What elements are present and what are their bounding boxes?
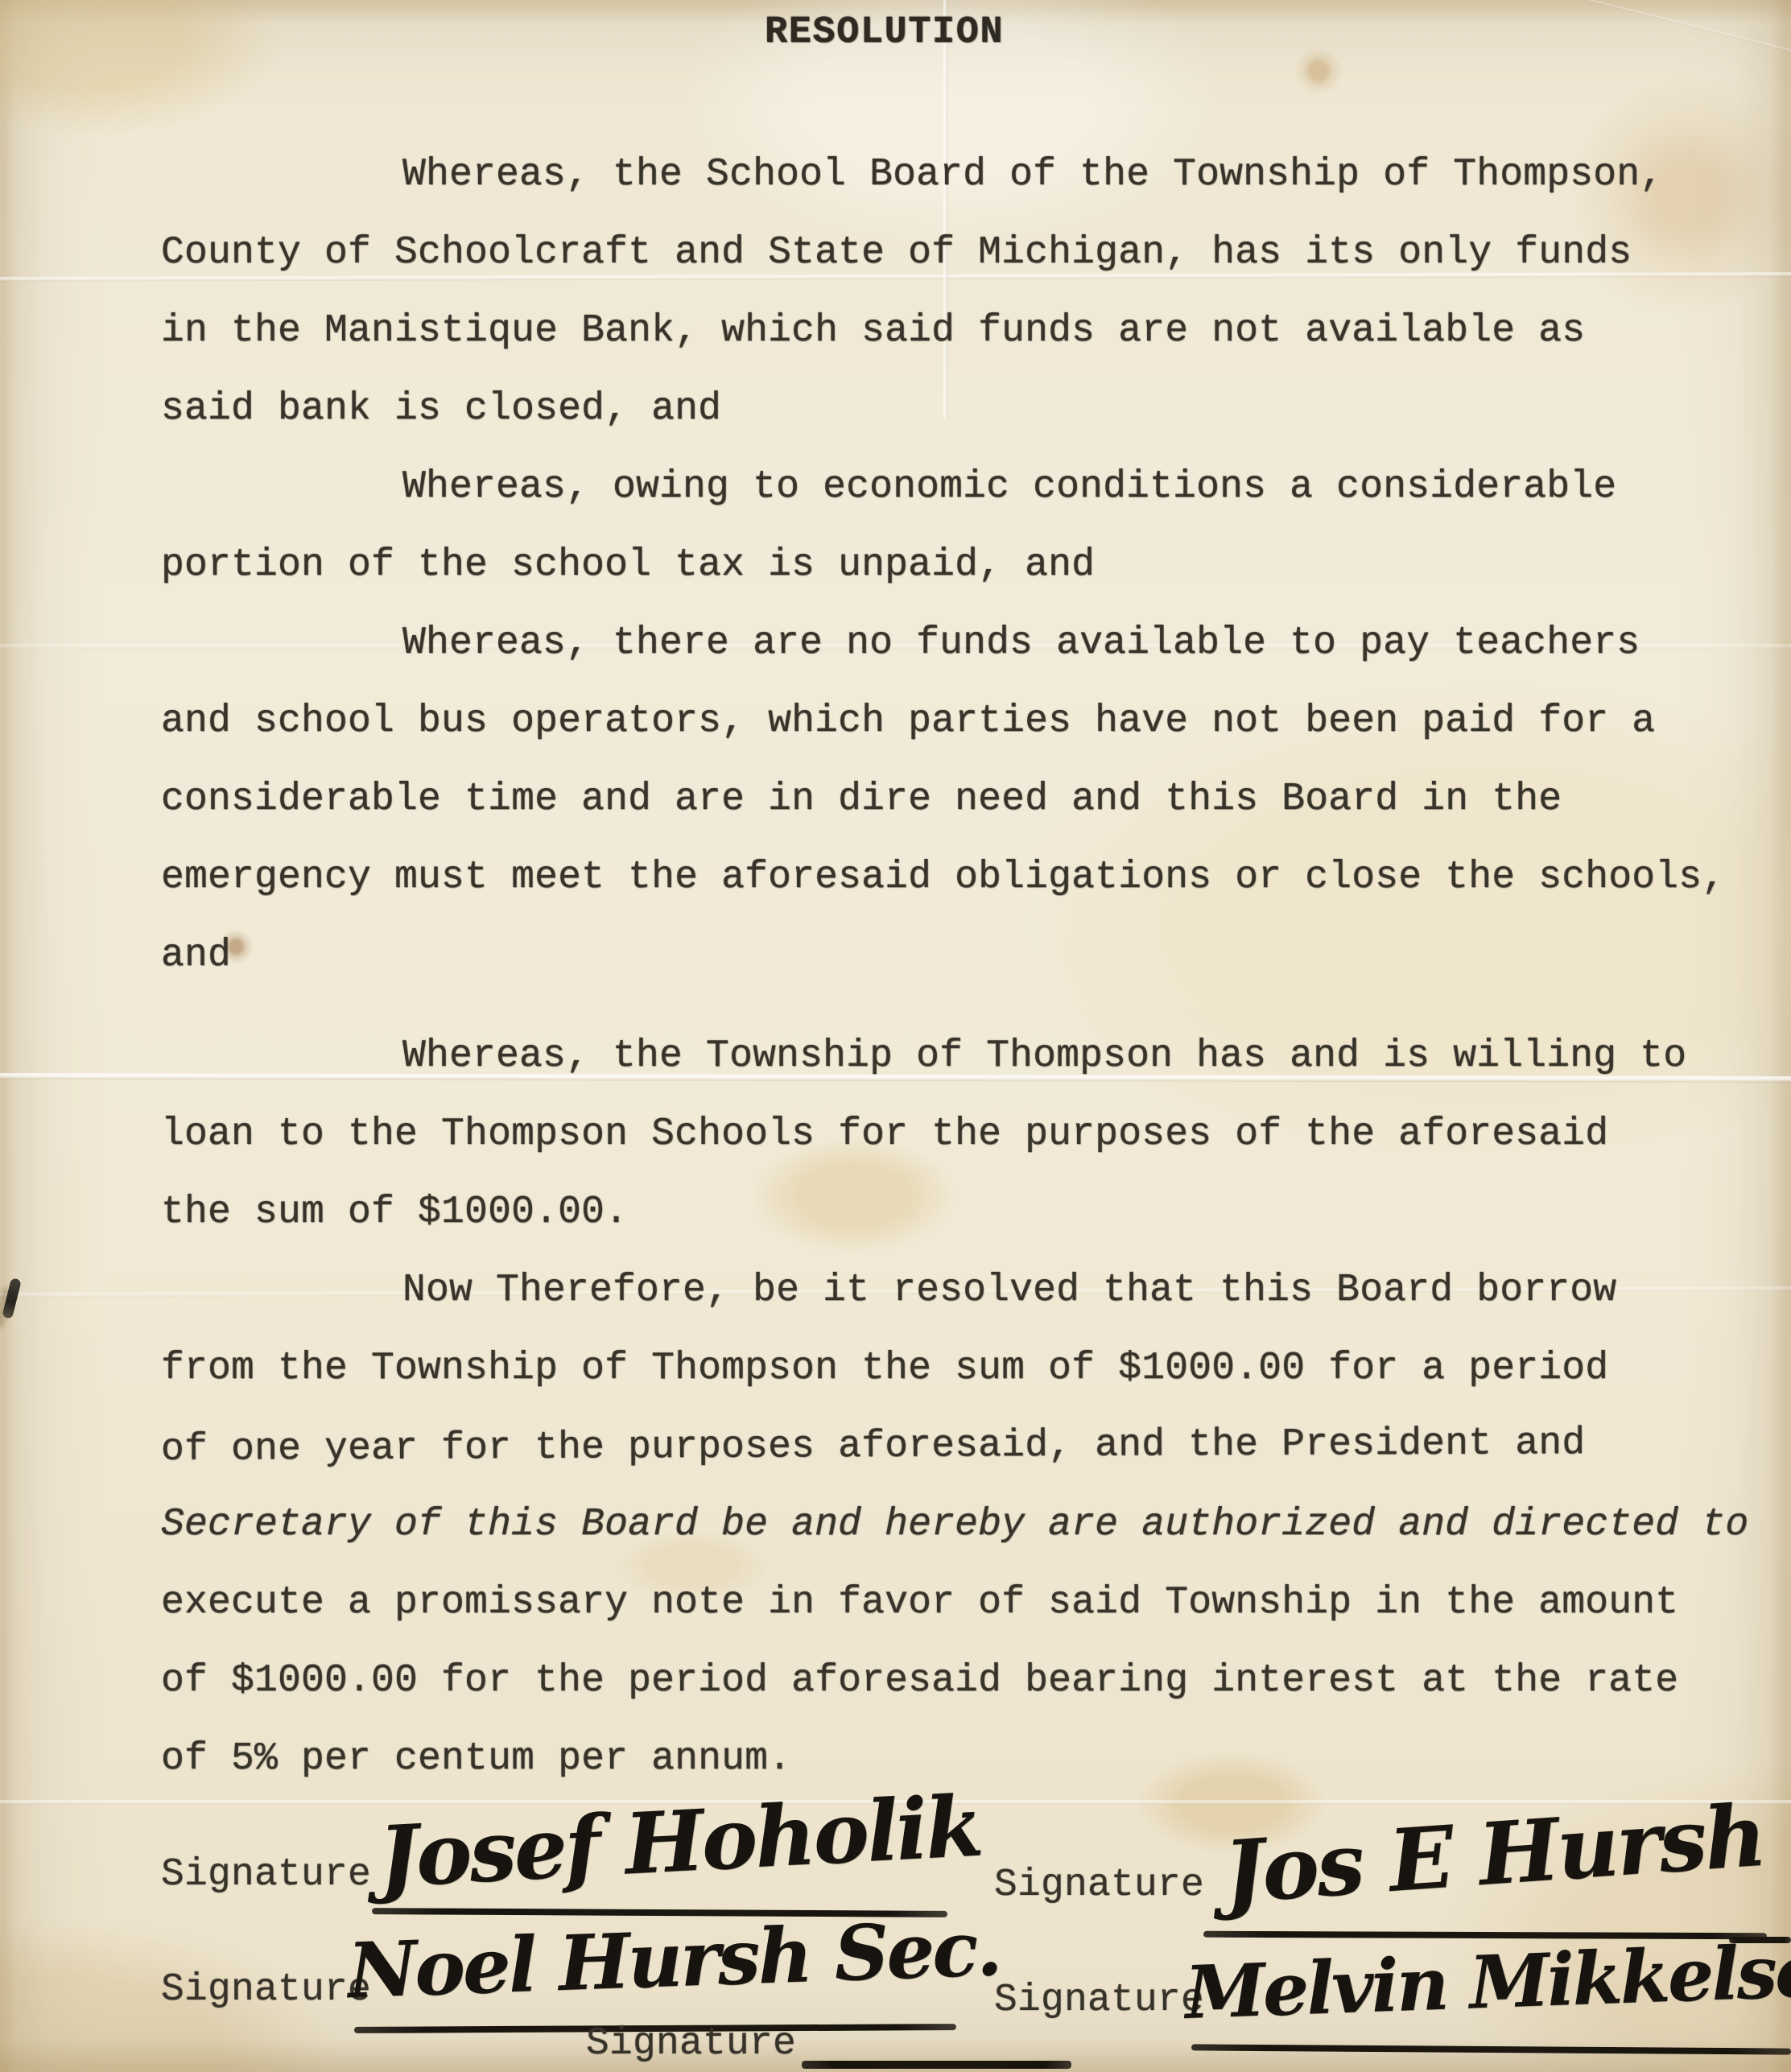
document-title: RESOLUTION	[765, 11, 1004, 54]
body-line: loan to the Thompson Schools for the pur…	[161, 1112, 1608, 1156]
signature-label: Signature	[161, 1853, 371, 1897]
body-line: Whereas, there are no funds available to…	[402, 621, 1640, 665]
signature-name-noel-hursh: Noel Hursh Sec.	[346, 1905, 1001, 2016]
signature-label: Signature	[994, 1979, 1204, 2022]
signature-name-jos-e-hursh: Jos E Hursh	[1220, 1785, 1767, 1923]
body-line: Whereas, the Township of Thompson has an…	[402, 1034, 1686, 1078]
ink-mark	[2, 1277, 22, 1319]
body-line: of 5% per centum per annum.	[161, 1737, 791, 1781]
fold-crease	[1487, 0, 1791, 78]
fold-crease	[943, 0, 947, 419]
body-line: of one year for the purposes aforesaid, …	[161, 1422, 1586, 1471]
body-line: of $1000.00 for the period aforesaid bea…	[161, 1659, 1678, 1703]
signature-label: Signature	[994, 1864, 1204, 1907]
body-line: execute a promissary note in favor of sa…	[161, 1581, 1678, 1624]
signature-line	[1191, 2044, 1791, 2054]
body-line: Whereas, the School Board of the Townshi…	[402, 153, 1663, 196]
body-line: and	[161, 934, 231, 977]
signature-name-melvin-mikkelson: Melvin Mikkelson	[1183, 1926, 1791, 2036]
body-line: Secretary of this Board be and hereby ar…	[161, 1503, 1748, 1546]
body-line: the sum of $1000.00.	[161, 1191, 628, 1234]
body-line: said bank is closed, and	[161, 387, 721, 431]
body-line: Now Therefore, be it resolved that this …	[402, 1269, 1616, 1312]
signature-label: Signature	[161, 1968, 371, 2012]
document-page: RESOLUTION Whereas, the School Board of …	[0, 0, 1791, 2072]
signature-label: Signature	[586, 2022, 796, 2066]
body-line: County of Schoolcraft and State of Michi…	[161, 231, 1632, 274]
body-line: Whereas, owing to economic conditions a …	[402, 465, 1616, 509]
body-line: considerable time and are in dire need a…	[161, 778, 1562, 821]
body-line: emergency must meet the aforesaid obliga…	[161, 856, 1725, 899]
body-line: in the Manistique Bank, which said funds…	[161, 309, 1585, 353]
body-line: portion of the school tax is unpaid, and	[161, 543, 1095, 587]
body-line: from the Township of Thompson the sum of…	[161, 1347, 1608, 1390]
body-line: and school bus operators, which parties …	[161, 700, 1655, 743]
signature-line	[802, 2061, 1071, 2069]
signature-name-josef-hoholik: Josef Hoholik	[376, 1776, 983, 1906]
